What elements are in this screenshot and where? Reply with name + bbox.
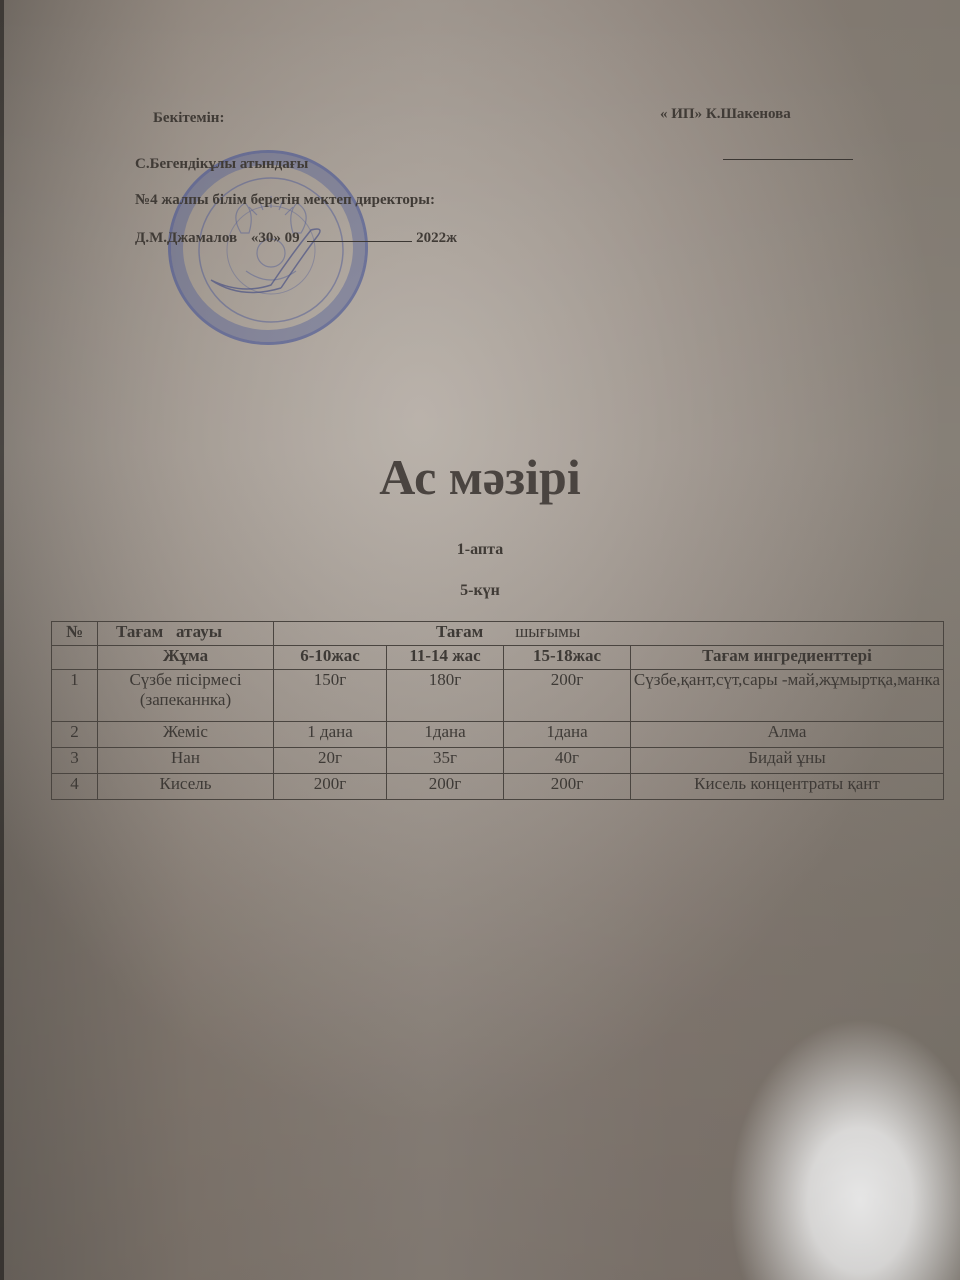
row-no: 1 — [52, 670, 98, 722]
table-header-row: № Тағам атауы Тағамшығымы — [52, 622, 944, 646]
subheader-ingredients: Тағам ингредиенттері — [631, 646, 944, 670]
row-age3: 200г — [504, 774, 631, 800]
official-stamp-seal-icon — [168, 150, 368, 345]
header-no: № — [52, 622, 98, 646]
row-dish: Жеміс — [98, 722, 274, 748]
row-age1: 150г — [274, 670, 387, 722]
row-ingredients: Кисель концентраты қант — [631, 774, 944, 800]
approval-date: «30» 09 — [251, 230, 300, 246]
header-output-word1: Тағам — [436, 622, 483, 641]
subheader-age-6-10: 6-10жас — [274, 646, 387, 670]
row-age2: 1дана — [387, 722, 504, 748]
row-dish: Сүзбе пісірмесі (запеканнка) — [98, 670, 274, 722]
table-subheader-row: Жұма 6-10жас 11-14 жас 15-18жас Тағам ин… — [52, 646, 944, 670]
provider-name: « ИП» К.Шакенова — [660, 106, 791, 123]
approval-signature-line: Д.М.Джамалов «30» 09 2022ж — [135, 230, 457, 247]
approval-director-line: №4 жалпы білім беретін мектеп директоры: — [135, 192, 435, 209]
approval-school-line: С.Бегендікұлы атындағы — [135, 156, 308, 173]
subheader-day: Жұма — [98, 646, 274, 670]
row-age1: 1 дана — [274, 722, 387, 748]
week-label: 1-апта — [0, 541, 960, 559]
header-dish-name: Тағам атауы — [98, 622, 274, 646]
row-age3: 40г — [504, 748, 631, 774]
paper-edge-shadow — [0, 0, 4, 1280]
table-row: 4 Кисель 200г 200г 200г Кисель концентра… — [52, 774, 944, 800]
row-dish: Кисель — [98, 774, 274, 800]
row-age2: 180г — [387, 670, 504, 722]
table-row: 2 Жеміс 1 дана 1дана 1дана Алма — [52, 722, 944, 748]
row-dish: Нан — [98, 748, 274, 774]
page-title: Ас мәзірі — [0, 448, 960, 506]
approval-year: 2022ж — [416, 230, 457, 246]
row-no: 4 — [52, 774, 98, 800]
row-age1: 20г — [274, 748, 387, 774]
row-age3: 1дана — [504, 722, 631, 748]
subheader-age-11-14: 11-14 жас — [387, 646, 504, 670]
approval-label: Бекітемін: — [153, 110, 224, 127]
row-ingredients: Бидай ұны — [631, 748, 944, 774]
subheader-age-15-18: 15-18жас — [504, 646, 631, 670]
subheader-no-empty — [52, 646, 98, 670]
provider-signature-line — [723, 159, 853, 160]
row-no: 2 — [52, 722, 98, 748]
date-underline — [307, 241, 412, 242]
table-row: 3 Нан 20г 35г 40г Бидай ұны — [52, 748, 944, 774]
director-name: Д.М.Джамалов — [135, 230, 237, 246]
day-label: 5-күн — [0, 582, 960, 600]
header-output: Тағамшығымы — [274, 622, 944, 646]
header-output-word2: шығымы — [515, 622, 580, 641]
row-ingredients: Алма — [631, 722, 944, 748]
row-age1: 200г — [274, 774, 387, 800]
row-ingredients: Сүзбе,қант,сүт,сары -май,жұмыртқа,манка — [631, 670, 944, 722]
row-age3: 200г — [504, 670, 631, 722]
table-row: 1 Сүзбе пісірмесі (запеканнка) 150г 180г… — [52, 670, 944, 722]
row-age2: 200г — [387, 774, 504, 800]
row-no: 3 — [52, 748, 98, 774]
menu-table: № Тағам атауы Тағамшығымы Жұма 6-10жас 1… — [51, 621, 944, 800]
row-age2: 35г — [387, 748, 504, 774]
